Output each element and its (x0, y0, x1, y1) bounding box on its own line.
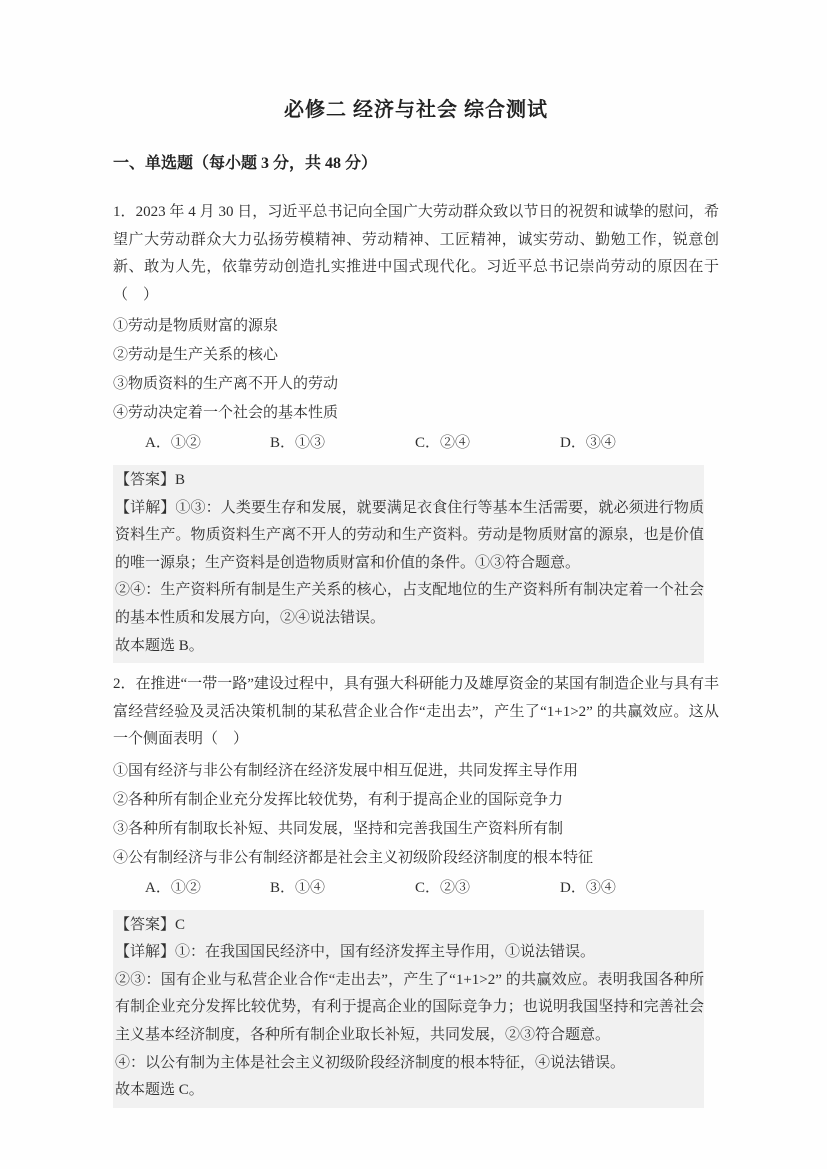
question-1-statements: ①劳动是物质财富的源泉 ②劳动是生产关系的核心 ③物质资料的生产离不开人的劳动 … (113, 312, 719, 428)
explanation-paragraph: ④：以公有制为主体是社会主义初级阶段经济制度的根本特征，④说法错误。 (115, 1050, 704, 1078)
explanation-conclusion: 故本题选 C。 (115, 1077, 704, 1105)
statement-2: ②各种所有制企业充分发挥比较优势，有利于提高企业的国际竞争力 (113, 786, 719, 815)
question-1-stem: 1．2023 年 4 月 30 日，习近平总书记向全国广大劳动群众致以节日的祝贺… (113, 199, 719, 309)
section-heading: 一、单选题（每小题 3 分，共 48 分） (113, 150, 719, 178)
statement-4: ④公有制经济与非公有制经济都是社会主义初级阶段经济制度的根本特征 (113, 844, 719, 873)
choice-c: C．②③ (415, 874, 560, 903)
choice-a: A．①② (145, 874, 270, 903)
explanation-conclusion: 故本题选 B。 (115, 633, 704, 661)
answer-label: 【答案】B (115, 467, 704, 495)
document-page: 必修二 经济与社会 综合测试 一、单选题（每小题 3 分，共 48 分） 1．2… (0, 0, 827, 1169)
explanation-paragraph: ②④：生产资料所有制是生产关系的核心，占支配地位的生产资料所有制决定着一个社会的… (115, 577, 704, 632)
explanation-paragraph: 【详解】①③：人类要生存和发展，就要满足衣食住行等基本生活需要，就必须进行物质资… (115, 495, 704, 578)
question-2-statements: ①国有经济与非公有制经济在经济发展中相互促进，共同发挥主导作用 ②各种所有制企业… (113, 757, 719, 873)
statement-4: ④劳动决定着一个社会的基本性质 (113, 399, 719, 428)
document-content: 必修二 经济与社会 综合测试 一、单选题（每小题 3 分，共 48 分） 1．2… (113, 96, 719, 1108)
choice-b: B．①③ (270, 429, 415, 458)
statement-1: ①国有经济与非公有制经济在经济发展中相互促进，共同发挥主导作用 (113, 757, 719, 786)
choice-a: A．①② (145, 429, 270, 458)
statement-2: ②劳动是生产关系的核心 (113, 341, 719, 370)
choice-d: D．③④ (560, 874, 719, 903)
question-2-stem: 2．在推进“一带一路”建设过程中，具有强大科研能力及雄厚资金的某国有制造企业与具… (113, 671, 719, 754)
question-1-choices: A．①② B．①③ C．②④ D．③④ (113, 429, 719, 458)
explanation-paragraph: ②③：国有企业与私营企业合作“走出去”，产生了“1+1>2” 的共赢效应。表明我… (115, 967, 704, 1050)
choice-b: B．①④ (270, 874, 415, 903)
question-2-answer-block: 【答案】C 【详解】①：在我国国民经济中，国有经济发挥主导作用，①说法错误。 ②… (113, 910, 704, 1108)
question-2-choices: A．①② B．①④ C．②③ D．③④ (113, 874, 719, 903)
choice-c: C．②④ (415, 429, 560, 458)
statement-1: ①劳动是物质财富的源泉 (113, 312, 719, 341)
document-title: 必修二 经济与社会 综合测试 (113, 96, 719, 124)
statement-3: ③物质资料的生产离不开人的劳动 (113, 370, 719, 399)
question-2: 2．在推进“一带一路”建设过程中，具有强大科研能力及雄厚资金的某国有制造企业与具… (113, 671, 719, 1108)
choice-d: D．③④ (560, 429, 719, 458)
explanation-paragraph: 【详解】①：在我国国民经济中，国有经济发挥主导作用，①说法错误。 (115, 939, 704, 967)
question-1-answer-block: 【答案】B 【详解】①③：人类要生存和发展，就要满足衣食住行等基本生活需要，就必… (113, 465, 704, 663)
question-1: 1．2023 年 4 月 30 日，习近平总书记向全国广大劳动群众致以节日的祝贺… (113, 199, 719, 663)
statement-3: ③各种所有制取长补短、共同发展，坚持和完善我国生产资料所有制 (113, 815, 719, 844)
answer-label: 【答案】C (115, 912, 704, 940)
